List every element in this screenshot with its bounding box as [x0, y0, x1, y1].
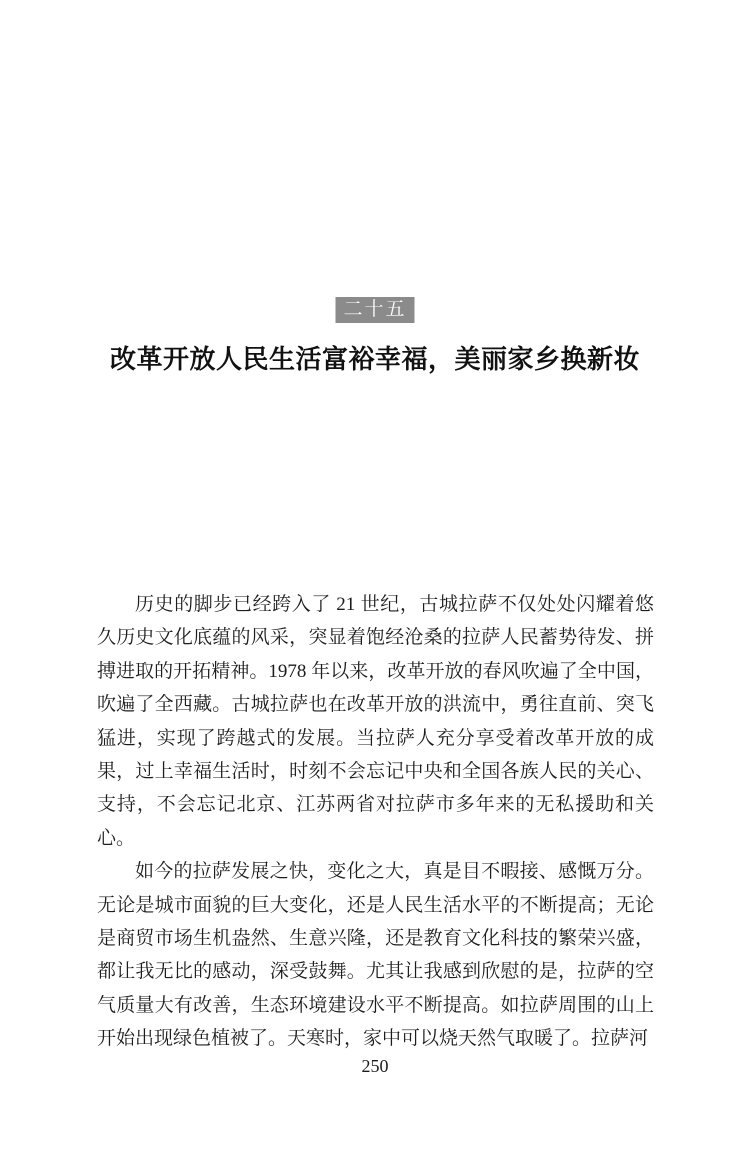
- paragraph-1: 历史的脚步已经跨入了 21 世纪，古城拉萨不仅处处闪耀着悠久历史文化底蕴的风采，…: [97, 588, 654, 855]
- page-number: 250: [0, 1055, 750, 1077]
- paragraph-2: 如今的拉萨发展之快，变化之大，真是目不暇接、感慨万分。无论是城市面貌的巨大变化，…: [97, 855, 654, 1055]
- book-page: 二十五 改革开放人民生活富裕幸福，美丽家乡换新妆 历史的脚步已经跨入了 21 世…: [0, 0, 750, 1150]
- body-text: 历史的脚步已经跨入了 21 世纪，古城拉萨不仅处处闪耀着悠久历史文化底蕴的风采，…: [97, 588, 654, 1056]
- chapter-title: 改革开放人民生活富裕幸福，美丽家乡换新妆: [0, 342, 750, 378]
- chapter-number-badge: 二十五: [335, 297, 414, 323]
